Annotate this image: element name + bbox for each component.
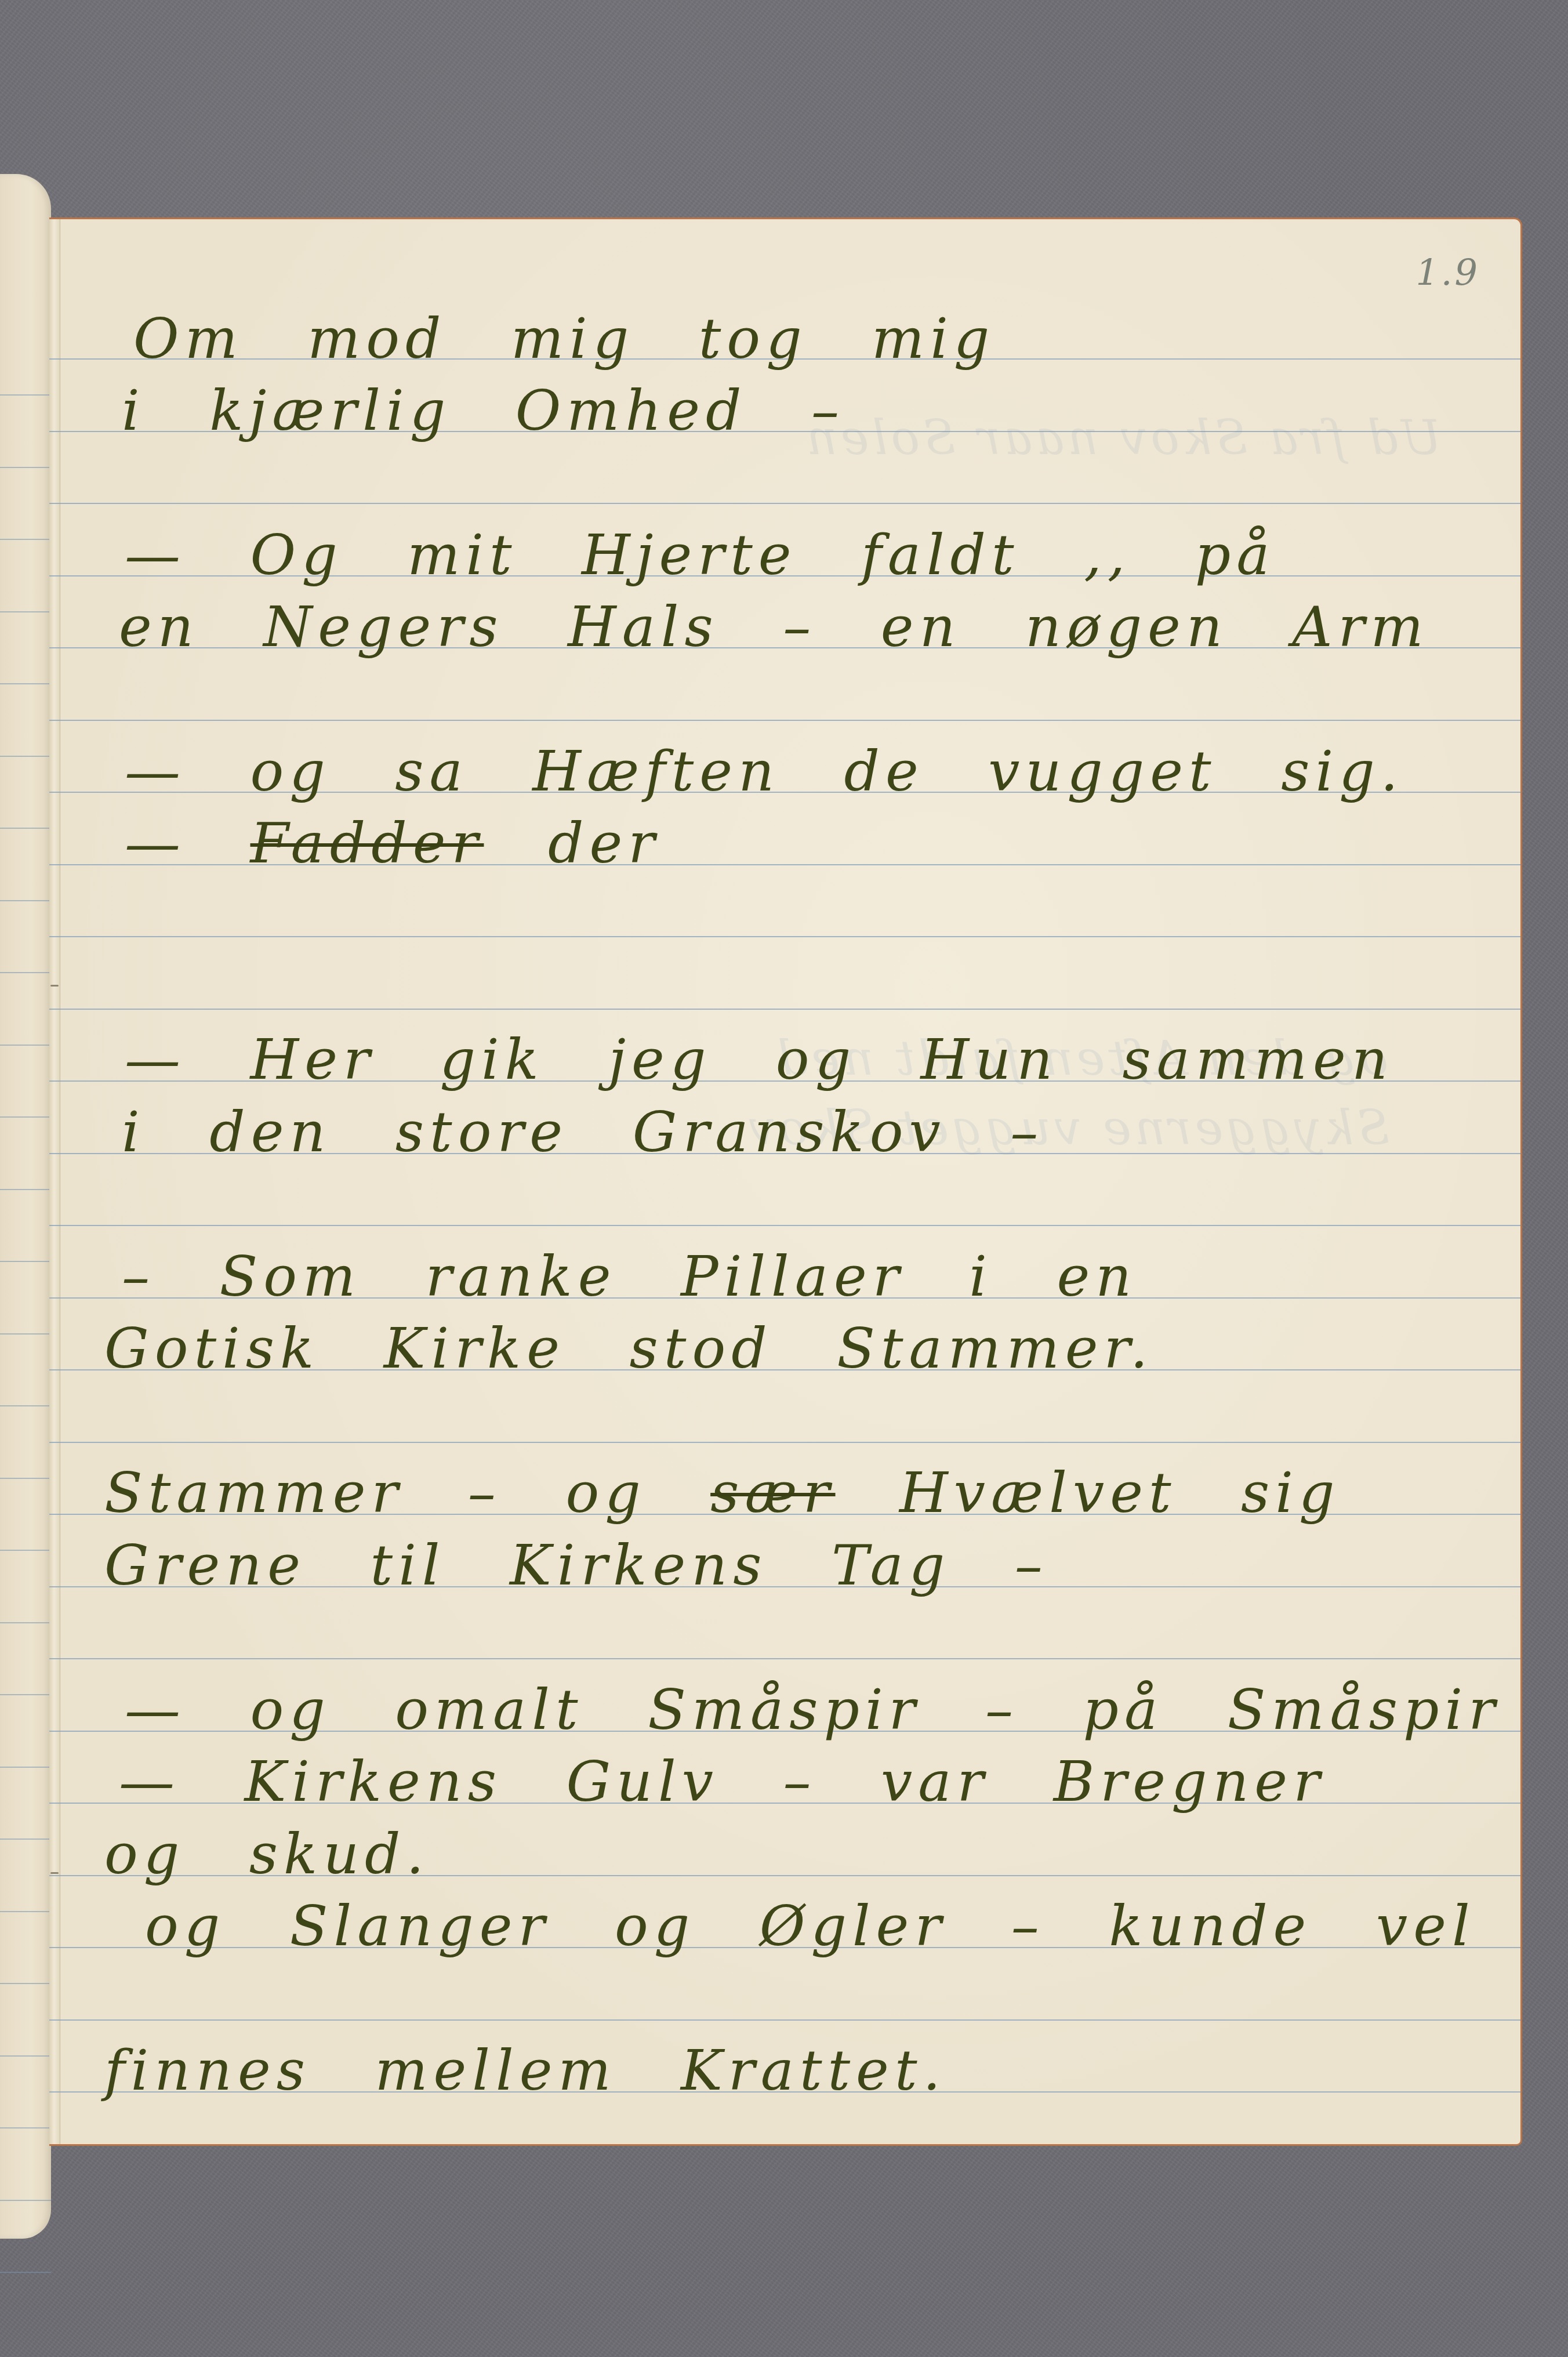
- manuscript-text-segment: der: [484, 811, 660, 876]
- manuscript-line: – Som ranke Pillaer i en: [122, 1249, 1137, 1304]
- manuscript-line: og skud.: [104, 1826, 430, 1882]
- manuscript-line: i den store Granskov –: [122, 1104, 1044, 1160]
- ruling-line: [0, 1478, 51, 1479]
- manuscript-line: — Her gik jeg og Hun sammen: [125, 1032, 1393, 1087]
- ruling-line: [49, 2019, 1520, 2021]
- ruling-line: [49, 1658, 1520, 1659]
- ruling-line: [0, 611, 51, 612]
- ruling-line: [0, 1189, 51, 1190]
- ruling-line: [49, 720, 1520, 721]
- manuscript-line: og Slanger og Øgler – kunde vel: [145, 1898, 1476, 1954]
- ruling-line: [49, 503, 1520, 504]
- manuscript-line: — Fadder der: [125, 815, 660, 871]
- ruling-line: [0, 1983, 51, 1984]
- ruling-line: [49, 936, 1520, 937]
- ruling-line: [0, 1911, 51, 1912]
- ruling-line: [0, 1767, 51, 1768]
- ruling-line: [0, 2127, 51, 2128]
- ruling-line: [0, 756, 51, 757]
- manuscript-line: — og sa Hæften de vugget sig.: [125, 744, 1404, 799]
- ruling-line: [49, 1225, 1520, 1226]
- manuscript-line: Grene til Kirkens Tag –: [104, 1538, 1048, 1593]
- ruling-line: [0, 900, 51, 901]
- ruling-line: [0, 1839, 51, 1840]
- ruling-line: [0, 1333, 51, 1335]
- manuscript-line: finnes mellem Krattet.: [104, 2043, 946, 2098]
- ruling-line: [0, 828, 51, 829]
- manuscript-line: i kjærlig Omhed –: [122, 383, 845, 438]
- previous-page-edge: [0, 174, 51, 2239]
- manuscript-line: — Og mit Hjerte faldt ,, på: [125, 527, 1275, 583]
- struck-through-word: Fadder: [251, 811, 484, 876]
- ruling-line: [0, 1550, 51, 1551]
- ruling-line: [0, 539, 51, 540]
- manuscript-line: Om mod mig tog mig: [133, 311, 995, 367]
- page-number: 1.9: [1415, 251, 1480, 293]
- ruling-line: [0, 1261, 51, 1262]
- struck-through-word: sær: [710, 1460, 835, 1525]
- manuscript-line: en Negers Hals – en nøgen Arm: [119, 599, 1429, 655]
- show-through-text: Ud fra Skov naar Solen: [803, 411, 1442, 466]
- ruling-line: [0, 2200, 51, 2201]
- ruling-line: [0, 972, 51, 973]
- ruling-line: [49, 1442, 1520, 1443]
- ruling-line: [0, 2272, 51, 2273]
- ruling-line: [0, 2055, 51, 2057]
- manuscript-text-segment: Hvælvet sig: [836, 1460, 1341, 1525]
- ruling-line: [0, 394, 51, 396]
- manuscript-line: Stammer – og sær Hvælvet sig: [104, 1465, 1341, 1521]
- manuscript-line: — Kirkens Gulv – var Bregner: [119, 1754, 1326, 1810]
- manuscript-text-segment: Stammer – og: [104, 1460, 710, 1525]
- ruling-line: [0, 683, 51, 684]
- ruling-line: [0, 1405, 51, 1406]
- ruling-line: [0, 1694, 51, 1695]
- manuscript-text-segment: —: [125, 811, 251, 876]
- ruling-line: [0, 1622, 51, 1623]
- ruling-line: [0, 1116, 51, 1118]
- ruling-line: [49, 1009, 1520, 1010]
- notebook-page: Ud fra Skov naar Solen og den Aften fald…: [49, 217, 1522, 2146]
- ruling-line: [0, 467, 51, 468]
- manuscript-line: Gotisk Kirke stod Stammer.: [104, 1321, 1153, 1376]
- manuscript-line: — og omalt Småspir – på Småspir: [125, 1682, 1501, 1738]
- ruling-line: [0, 1045, 51, 1046]
